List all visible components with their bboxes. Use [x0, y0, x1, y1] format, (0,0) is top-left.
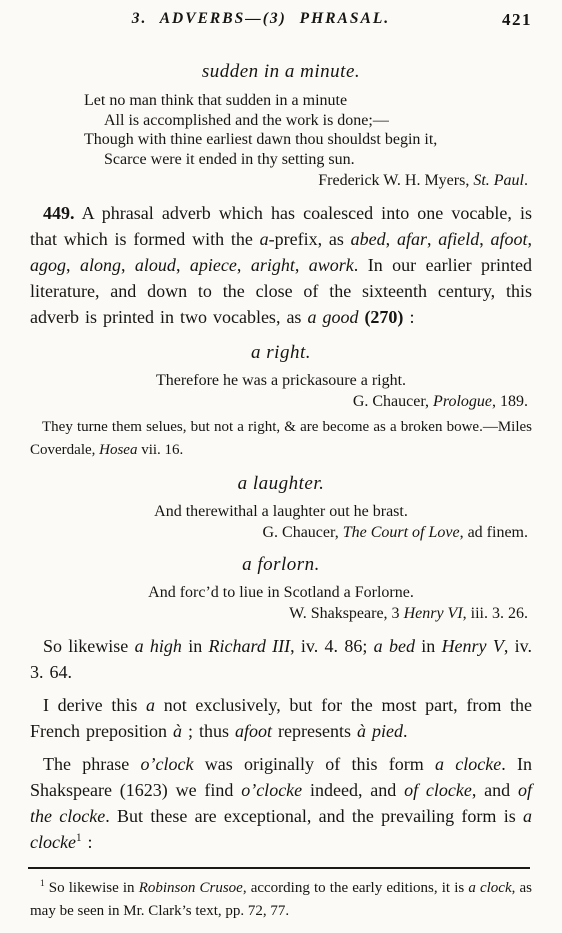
attribution-shakspeare-henry-vi: W. Shakspeare, 3 Henry VI, iii. 3. 26.	[30, 605, 532, 623]
quote-a-forlorn: And forc’d to liue in Scotland a Forlorn…	[30, 584, 532, 602]
paragraph-derive: I derive this a not exclusively, but for…	[30, 692, 532, 744]
verse-line-2: All is accomplished and the work is done…	[104, 111, 532, 131]
verse-quote-myers: Let no man think that sudden in a minute…	[84, 91, 532, 169]
headword-a-forlorn: a forlorn.	[30, 554, 532, 576]
running-header: 3. ADVERBS—(3) PHRASAL. 421	[30, 10, 532, 34]
headword-sudden-in-a-minute: sudden in a minute.	[30, 61, 532, 83]
paragraph-likewise: So likewise a high in Richard III, iv. 4…	[30, 633, 532, 685]
footnote-divider	[28, 867, 530, 869]
attribution-myers: Frederick W. H. Myers, St. Paul.	[30, 172, 532, 190]
headword-a-laughter: a laughter.	[30, 473, 532, 495]
note-coverdale: They turne them selues, but not a right,…	[30, 416, 532, 461]
book-page: 3. ADVERBS—(3) PHRASAL. 421 sudden in a …	[0, 0, 562, 933]
verse-line-4: Scarce were it ended in thy setting sun.	[104, 150, 532, 170]
section-title: 3. ADVERBS—(3) PHRASAL.	[30, 10, 532, 28]
page-number: 421	[502, 10, 532, 30]
footnote-1: 1 So likewise in Robinson Crusoe, accord…	[30, 877, 532, 923]
verse-line-1: Let no man think that sudden in a minute	[84, 91, 532, 111]
attribution-chaucer-court-of-love: G. Chaucer, The Court of Love, ad finem.	[30, 524, 532, 542]
paragraph-oclock: The phrase o’clock was originally of thi…	[30, 751, 532, 855]
paragraph-449: 449. A phrasal adverb which has coalesce…	[30, 200, 532, 330]
quote-a-laughter: And therewithal a laughter out he brast.	[30, 503, 532, 521]
verse-line-3: Though with thine earliest dawn thou sho…	[84, 130, 532, 150]
headword-a-right: a right.	[30, 342, 532, 364]
attribution-chaucer-prologue: G. Chaucer, Prologue, 189.	[30, 393, 532, 411]
quote-a-right: Therefore he was a prickasoure a right.	[30, 372, 532, 390]
